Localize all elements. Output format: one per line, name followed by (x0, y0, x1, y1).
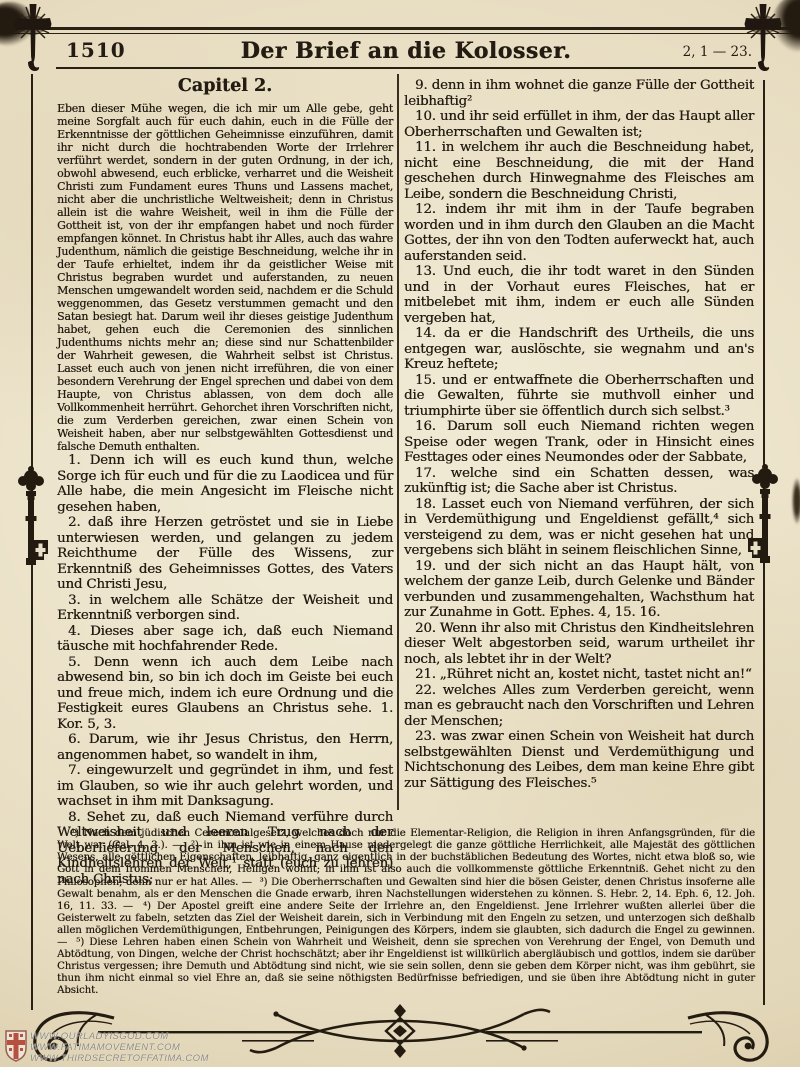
cross-icon (11, 2, 55, 78)
verse-4: 4. Dieses aber sage ich, daß euch Nieman… (57, 624, 393, 655)
verse-5: 5. Denn wenn ich auch dem Leibe nach abw… (57, 655, 393, 733)
shield-icon (5, 1030, 27, 1062)
verse-15: 15. und er entwaffnete die Oberherrschaf… (404, 373, 754, 420)
verse-14: 14. da er die Handschrift des Urtheils, … (404, 326, 754, 373)
verse-20: 20. Wenn ihr also mit Christus den Kindh… (404, 621, 754, 668)
verse-16: 16. Darum soll euch Niemand richten wege… (404, 419, 754, 466)
verse-range: 2, 1 — 23. (683, 44, 752, 60)
verse-10: 10. und ihr seid erfüllet in ihm, der da… (404, 109, 754, 140)
verse-23: 23. was zwar einen Schein von Weisheit h… (404, 729, 754, 791)
verse-13: 13. Und euch, die ihr todt waret in den … (404, 264, 754, 326)
header-underline-rule (56, 67, 756, 69)
right-column: 9. denn in ihm wohnet die ganze Fülle de… (404, 78, 754, 791)
left-column: Capitel 2. Eben dieser Mühe wegen, die i… (57, 76, 393, 887)
verse-21: 21. „Rühret nicht an, kostet nicht, tast… (404, 667, 754, 683)
watermark-urls: WWW.OURLADYISGOD.COM WWW.FATIMAMOVEMENT.… (30, 1031, 330, 1064)
footnotes-block: ¹) Nach dem jüdischen Ceremonialgesetz, … (57, 828, 755, 997)
verse-9: 9. denn in ihm wohnet die ganze Fülle de… (404, 78, 754, 109)
column-divider-line (397, 74, 399, 810)
verse-11: 11. in welchem ihr auch die Beschneidung… (404, 140, 754, 202)
page-header: 1510 Der Brief an die Kolosser. 2, 1 — 2… (56, 38, 756, 66)
top-border-rule-thick (0, 27, 800, 30)
verse-1: 1. Denn ich will es euch kund thun, welc… (57, 453, 393, 515)
top-border-rule-thin (0, 33, 800, 34)
verse-3: 3. in welchem alle Schätze der Weisheit … (57, 593, 393, 624)
footnote-5: ⁵) Diese Lehren haben einen Schein von W… (57, 937, 755, 996)
watermark-line: WWW.OURLADYISGOD.COM (30, 1031, 330, 1042)
book-title: Der Brief an die Kolosser. (56, 38, 756, 64)
scanned-bible-page: 1510 Der Brief an die Kolosser. 2, 1 — 2… (0, 0, 800, 1067)
verse-18: 18. Lasset euch von Niemand verführen, d… (404, 497, 754, 559)
verse-12: 12. indem ihr mit ihm in der Taufe begra… (404, 202, 754, 264)
chapter-heading: Capitel 2. (57, 76, 393, 96)
scan-edge-artifact (792, 478, 800, 524)
verse-6: 6. Darum, wie ihr Jesus Christus, den He… (57, 732, 393, 763)
watermark-line: WWW.FATIMAMOVEMENT.COM (30, 1042, 330, 1053)
key-icon (12, 464, 50, 578)
verse-19: 19. und der sich nicht an das Haupt hält… (404, 559, 754, 621)
watermark-line: WWW.THIRDSECRETOFFATIMA.COM (30, 1053, 330, 1064)
verse-17: 17. welche sind ein Schatten dessen, was… (404, 466, 754, 497)
verse-2: 2. daß ihre Herzen getröstet und sie in … (57, 515, 393, 593)
verse-22: 22. welches Alles zum Verderben gereicht… (404, 683, 754, 730)
chapter-introduction: Eben dieser Mühe wegen, die ich mir um A… (57, 102, 393, 453)
verse-7: 7. eingewurzelt und gegründet in ihm, un… (57, 763, 393, 810)
